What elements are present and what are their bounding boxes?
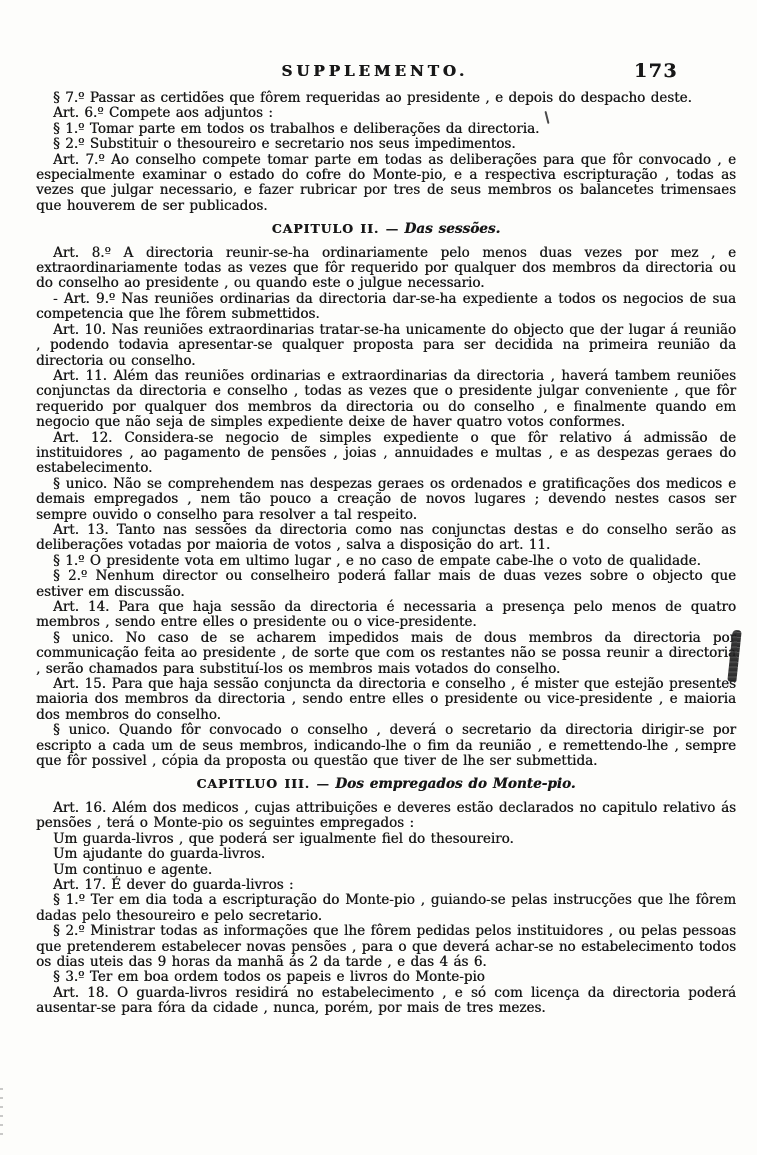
paragraph: Art. 13. Tanto nas sessões da directoria… <box>36 523 736 554</box>
chapter-title: Dos empregados do Monte-pio. <box>335 776 575 792</box>
paragraph: § 2.º Ministrar todas as informações que… <box>36 924 736 970</box>
paragraph: Art. 15. Para que haja sessão conjuncta … <box>36 677 736 723</box>
paragraph: Art. 11. Além das reuniões ordinarias e … <box>36 369 736 431</box>
paragraph: Art. 10. Nas reuniões extraordinarias tr… <box>36 323 736 369</box>
paragraph: Art. 6.º Compete aos adjuntos : <box>36 106 736 121</box>
page-edge-specks-artifact <box>0 1088 3 1140</box>
paragraph: Um ajudante do guarda-livros. <box>36 847 736 862</box>
document-body: § 7.º Passar as certidões que fôrem requ… <box>36 91 736 1017</box>
page-number: 173 <box>634 60 678 82</box>
paragraph: § 1.º Ter em dia toda a escripturação do… <box>36 893 736 924</box>
paragraph: § unico. Quando fôr convocado o conselho… <box>36 723 736 769</box>
paragraph: § 2.º Substituir o thesoureiro e secreta… <box>36 137 736 152</box>
chapter-heading: CAPITULO II. — Das sessões. <box>36 221 736 237</box>
chapter-label: CAPITULO II. — <box>272 221 399 236</box>
paragraph: § 7.º Passar as certidões que fôrem requ… <box>36 91 736 106</box>
paragraph: § 2.º Nenhum director ou conselheiro pod… <box>36 569 736 600</box>
paragraph: Art. 8.º A directoria reunir-se-ha ordin… <box>36 246 736 292</box>
paragraph: Art. 17. É dever do guarda-livros : <box>36 878 736 893</box>
paragraph: § unico. No caso de se acharem impedidos… <box>36 631 736 677</box>
chapter-label: CAPITLUO III. — <box>196 776 329 791</box>
paragraph: Art. 14. Para que haja sessão da directo… <box>36 600 736 631</box>
page-header: SUPPLEMENTO. 173 <box>0 60 757 82</box>
paragraph: Art. 18. O guarda-livros residirá no est… <box>36 986 736 1017</box>
paragraph: Um continuo e agente. <box>36 863 736 878</box>
paragraph: Um guarda-livros , que poderá ser igualm… <box>36 832 736 847</box>
paragraph: § 1.º O presidente vota em ultimo lugar … <box>36 554 736 569</box>
paragraph: § 3.º Ter em boa ordem todos os papeis e… <box>36 970 736 985</box>
chapter-heading: CAPITLUO III. — Dos empregados do Monte-… <box>36 776 736 792</box>
paragraph: - Art. 9.º Nas reuniões ordinarias da di… <box>36 292 736 323</box>
paragraph: § unico. Não se comprehendem nas despeza… <box>36 477 736 523</box>
chapter-title: Das sessões. <box>404 221 500 237</box>
paragraph: Art. 12. Considera-se negocio de simples… <box>36 431 736 477</box>
paragraph: § 1.º Tomar parte em todos os trabalhos … <box>36 122 736 137</box>
paragraph: Art. 7.º Ao conselho compete tomar parte… <box>36 153 736 215</box>
scanned-document-page: SUPPLEMENTO. 173 § 7.º Passar as certidõ… <box>0 0 757 1155</box>
paragraph: Art. 16. Além dos medicos , cujas attrib… <box>36 801 736 832</box>
running-title: SUPPLEMENTO. <box>281 62 468 80</box>
